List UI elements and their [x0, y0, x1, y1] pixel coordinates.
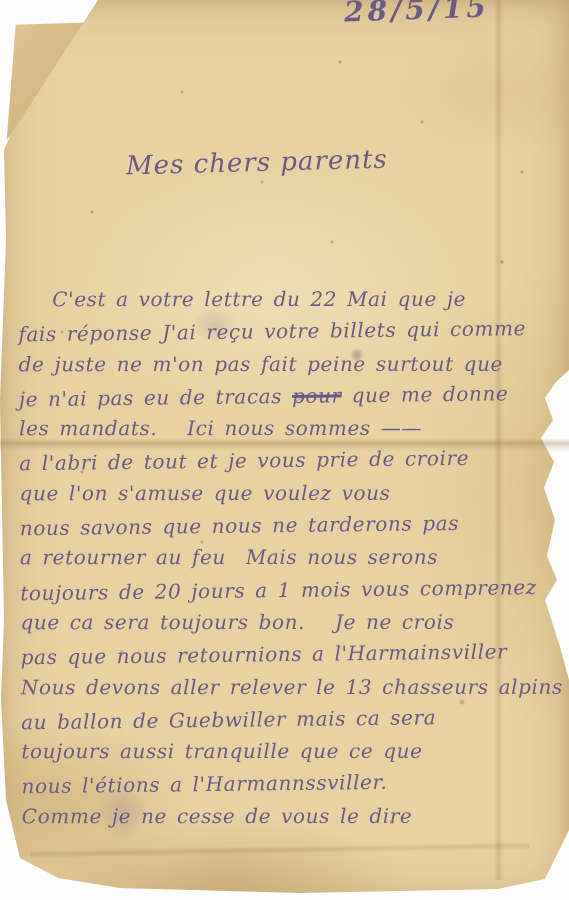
line-segment: je n'ai pas eu de tracas — [19, 384, 292, 411]
letter-line: de juste ne m'on pas fait peine surtout … — [19, 347, 559, 380]
letter-line: Nous devons aller relever le 13 chasseur… — [21, 670, 561, 703]
letter-line: C'est a votre lettre du 22 Mai que je — [18, 283, 558, 316]
letter-body: C'est a votre lettre du 22 Mai que je fa… — [18, 281, 562, 834]
letter-line: toujours aussi tranquille que ce que — [21, 735, 561, 768]
letter-line: a retourner au feu Mais nous serons — [20, 541, 560, 574]
letter-line: je n'ai pas eu de tracas pour que me don… — [19, 377, 559, 416]
letter-line: les mandats. Ici nous sommes —— — [19, 412, 559, 445]
struck-word: pour — [292, 383, 342, 408]
letter-line: nous l'étions a l'Harmannssviller. — [21, 764, 561, 803]
letter-line: que ca sera toujours bon. Je ne crois — [20, 606, 560, 639]
letter-line: pas que nous retournions a l'Harmainsvil… — [20, 635, 560, 674]
letter-line: au ballon de Guebwiller mais ca sera — [21, 700, 561, 739]
scanned-letter: 28/5/15 Mes chers parents C'est a votre … — [0, 0, 569, 900]
letter-line: toujours de 20 jours a 1 mois vous compr… — [20, 570, 560, 609]
letter-line: fais réponse J'ai reçu votre billets qui… — [18, 312, 558, 351]
line-segment: que me donne — [342, 381, 509, 407]
letter-line: Comme je ne cesse de vous le dire — [22, 800, 562, 833]
letter-line: nous savons que nous ne tarderons pas — [20, 506, 560, 545]
letter-line: que l'on s'amuse que voulez vous — [20, 477, 560, 510]
letter-line: a l'abri de tout et je vous prie de croi… — [19, 441, 559, 480]
